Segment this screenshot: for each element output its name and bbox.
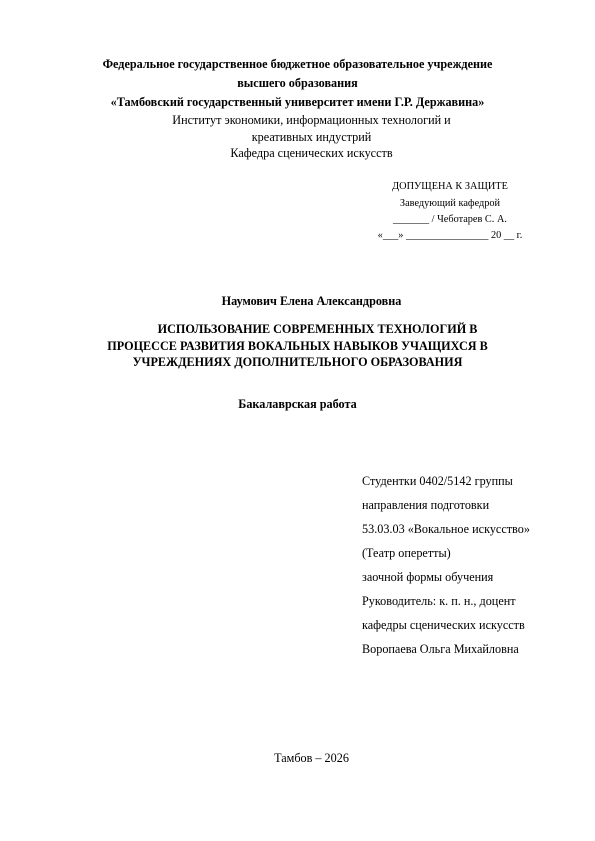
student-info-line: 53.03.03 «Вокальное искусство» bbox=[362, 522, 530, 536]
student-info-line: заочной формы обучения bbox=[362, 570, 493, 584]
student-info-line: Студентки 0402/5142 группы bbox=[362, 474, 513, 488]
university-name: «Тамбовский государственный университет … bbox=[0, 95, 595, 109]
approval-date: «___» ________________ 20 __ г. bbox=[350, 230, 550, 242]
student-info-line: Воропаева Ольга Михайловна bbox=[362, 642, 519, 656]
thesis-title-line-1: ИСПОЛЬЗОВАНИЕ СОВРЕМЕННЫХ ТЕХНОЛОГИЙ В bbox=[20, 322, 595, 336]
approval-role: Заведующий кафедрой bbox=[350, 198, 550, 210]
student-info-line: кафедры сценических искусств bbox=[362, 618, 525, 632]
institute-line-1: Институт экономики, информационных техно… bbox=[14, 113, 595, 127]
student-info-line: (Театр оперетты) bbox=[362, 546, 451, 560]
author-name: Наумович Елена Александровна bbox=[14, 294, 595, 308]
work-type: Бакалаврская работа bbox=[0, 397, 595, 411]
institute-line-2: креативных индустрий bbox=[14, 130, 595, 144]
city-year: Тамбов – 2026 bbox=[14, 751, 595, 765]
thesis-title-line-2: ПРОЦЕССЕ РАЗВИТИЯ ВОКАЛЬНЫХ НАВЫКОВ УЧАЩ… bbox=[0, 339, 595, 353]
organization-line-2: высшего образования bbox=[0, 76, 595, 90]
approval-signature: _______ / Чеботарев С. А. bbox=[350, 214, 550, 226]
department-name: Кафедра сценических искусств bbox=[14, 146, 595, 160]
thesis-title-line-3: УЧРЕЖДЕНИЯХ ДОПОЛНИТЕЛЬНОГО ОБРАЗОВАНИЯ bbox=[0, 355, 595, 369]
student-info-line: Руководитель: к. п. н., доцент bbox=[362, 594, 516, 608]
organization-line-1: Федеральное государственное бюджетное об… bbox=[0, 57, 595, 71]
student-info-line: направления подготовки bbox=[362, 498, 489, 512]
approval-title: ДОПУЩЕНА К ЗАЩИТЕ bbox=[350, 181, 550, 193]
